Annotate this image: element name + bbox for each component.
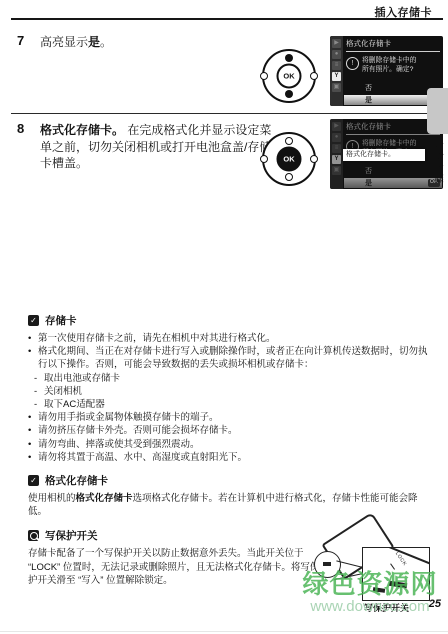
step-7-text: 高亮显示是。 — [40, 34, 255, 51]
checkmark-note-icon: ✓ — [28, 315, 39, 326]
lcd-option-no: 否 — [365, 166, 372, 176]
lcd-selected-row: 是 OK — [344, 178, 442, 188]
custom-setting-menu-tab-icon: ≡ — [332, 144, 341, 153]
shooting-menu-tab-icon: ● — [332, 50, 341, 59]
multi-selector-dpad: OK — [262, 49, 316, 103]
menu-tab-column: ▶ ● ≡ Y ▣ — [330, 36, 343, 106]
lcd-option-no: 否 — [365, 83, 372, 93]
checkmark-note-icon: ✓ — [28, 475, 39, 486]
dpad-right-icon — [310, 155, 318, 163]
step-divider-rule — [11, 113, 428, 114]
playback-menu-tab-icon: ▶ — [332, 122, 341, 131]
retouch-menu-tab-icon: ▣ — [332, 166, 341, 175]
list-item: •第一次使用存储卡之前，请先在相机中对其进行格式化。 — [28, 332, 436, 345]
illustration-caption: 写保护开关 — [364, 601, 409, 614]
list-item: •请勿将其置于高温、水中、高湿度或直射阳光下。 — [28, 451, 436, 464]
list-item: -关闭相机 — [28, 385, 436, 398]
write-protect-switch-shape — [323, 562, 331, 566]
dpad-up-icon — [285, 54, 293, 62]
write-protect-switch-shape — [373, 587, 385, 593]
lock-arrow-icon — [390, 563, 395, 569]
lcd-menu-title: 格式化存储卡 — [346, 121, 440, 135]
callout-circle — [314, 551, 341, 578]
step-7-text-prefix: 高亮显示 — [40, 35, 88, 49]
step-7-number: 7 — [17, 33, 24, 48]
chapter-tab-label: 开始步骤 — [430, 139, 444, 185]
card-edge-line — [362, 547, 430, 571]
header-rule — [11, 18, 443, 20]
page-bottom-rule — [0, 631, 448, 632]
setup-menu-tab-icon: Y — [332, 72, 341, 81]
multi-selector-dpad-ok-pressed: OK — [262, 132, 316, 186]
warning-icon: ! — [346, 57, 359, 70]
dpad-ok-button: OK — [277, 147, 302, 172]
lcd-formatting-progress-text: 格式化存储卡。 — [343, 149, 425, 161]
list-item: •请勿用手指或金属物体触摸存储卡的端子。 — [28, 411, 436, 424]
memory-card-note-title: 存储卡 — [45, 313, 77, 328]
menu-tab-column: ▶ ● ≡ Y ▣ — [330, 119, 343, 189]
memory-card-note-header: ✓ 存储卡 — [28, 313, 436, 328]
step-8-number: 8 — [17, 121, 24, 136]
step-8-action: 格式化存储卡。 — [40, 123, 124, 137]
manual-page: { "header": { "title": "插入存储卡" }, "side"… — [0, 0, 448, 634]
lcd-option-yes: 是 — [365, 178, 372, 188]
magnifier-glyph — [30, 532, 38, 540]
dpad-down-icon — [285, 173, 293, 181]
step-7-menu-option: 是 — [88, 35, 100, 49]
sd-card-illustration: LOCK 写保护开关 — [306, 521, 446, 613]
list-item: -取出电池或存储卡 — [28, 372, 436, 385]
list-item: -取下AC适配器 — [28, 398, 436, 411]
lcd-warning-message: ! 将删除存储卡中的所有照片。确定? — [346, 57, 440, 74]
dpad-down-icon — [285, 90, 293, 98]
lcd-message-text: 将删除存储卡中的所有照片。确定? — [362, 57, 416, 74]
page-number: 25 — [429, 598, 441, 610]
magnifier-reference-icon — [28, 530, 39, 541]
playback-menu-tab-icon: ▶ — [332, 39, 341, 48]
step-8-text: 格式化存储卡。 在完成格式化并显示设定菜单之前，切勿关闭相机或打开电池盒盖/存储… — [40, 122, 280, 172]
write-protect-note-text: 存储卡配备了一个写保护开关以防止数据意外丢失。当此开关位于 “LOCK” 位置时… — [28, 547, 326, 587]
dpad-up-icon — [285, 137, 293, 145]
retouch-menu-tab-icon: ▣ — [332, 83, 341, 92]
custom-setting-menu-tab-icon: ≡ — [332, 61, 341, 70]
format-card-note-text: 使用相机的格式化存储卡选项格式化存储卡。若在计算机中进行格式化，存储卡性能可能会… — [28, 492, 436, 518]
chapter-tab — [427, 88, 448, 134]
setup-menu-tab-icon: Y — [332, 155, 341, 164]
dpad-left-icon — [260, 72, 268, 80]
list-item: •请勿弯曲、摔落或使其受到强烈震动。 — [28, 438, 436, 451]
step-7-text-suffix: 。 — [100, 35, 112, 49]
lcd-menu-title: 格式化存储卡 — [346, 38, 440, 52]
list-item: •请勿挤压存储卡外壳。否则可能会损坏存储卡。 — [28, 424, 436, 437]
dpad-ok-button: OK — [277, 64, 302, 89]
list-item: •格式化期间、当正在对存储卡进行写入或删除操作时，或者正在向计算机传送数据时，切… — [28, 345, 436, 371]
format-card-note-title: 格式化存储卡 — [45, 473, 108, 488]
lcd-option-yes: 是 — [365, 95, 372, 105]
write-protect-note-title: 写保护开关 — [45, 528, 98, 543]
format-card-note-header: ✓ 格式化存储卡 — [28, 473, 436, 488]
dpad-left-icon — [260, 155, 268, 163]
shooting-menu-tab-icon: ● — [332, 133, 341, 142]
write-protect-switch-shape — [389, 581, 408, 588]
dpad-right-icon — [310, 72, 318, 80]
format-card-note: ✓ 格式化存储卡 使用相机的格式化存储卡选项格式化存储卡。若在计算机中进行格式化… — [28, 473, 436, 518]
menu-option-name: 格式化存储卡 — [76, 493, 133, 504]
callout-inset-box: LOCK — [362, 547, 430, 601]
